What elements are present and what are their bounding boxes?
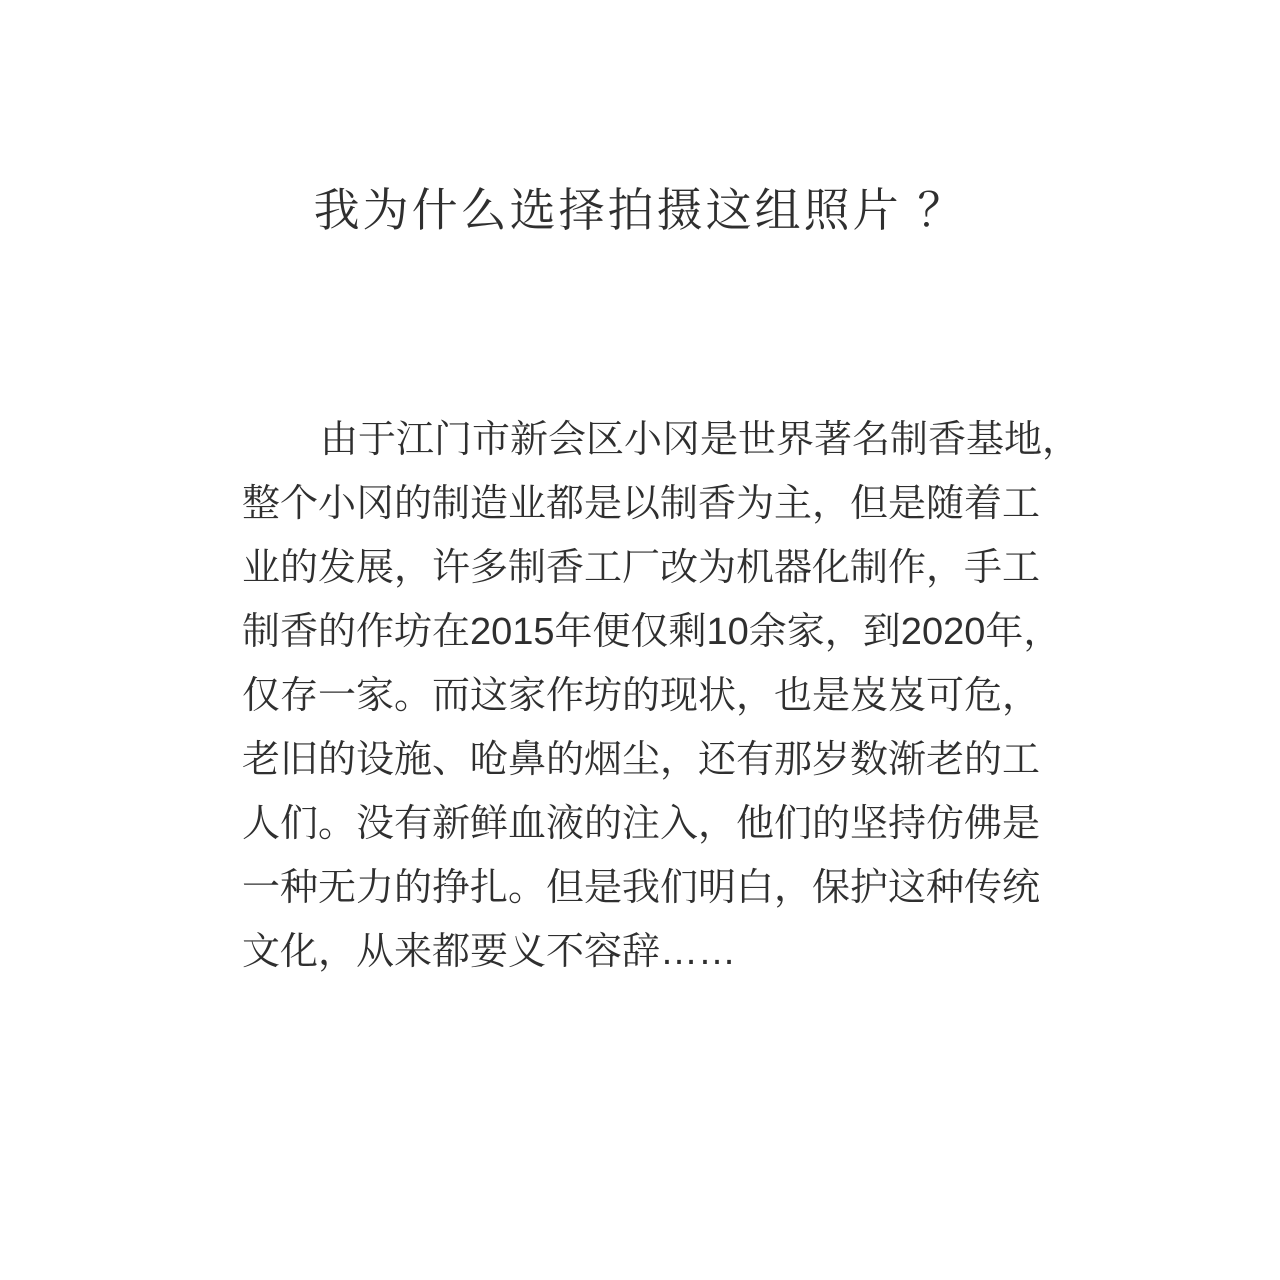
paragraph-line: 制香的作坊在2015年便仅剩10余家，到2020年， (242, 600, 1038, 664)
paragraph-line: 老旧的设施、呛鼻的烟尘，还有那岁数渐老的工 (242, 728, 1038, 792)
paragraph-line: 一种无力的挣扎。但是我们明白，保护这种传统 (242, 856, 1038, 920)
body-paragraph: 由于江门市新会区小冈是世界著名制香基地， 整个小冈的制造业都是以制香为主，但是随… (242, 408, 1038, 984)
paragraph-line: 文化，从来都要义不容辞…… (242, 920, 1038, 984)
paragraph-line: 整个小冈的制造业都是以制香为主，但是随着工 (242, 472, 1038, 536)
paragraph-line: 由于江门市新会区小冈是世界著名制香基地， (242, 408, 1038, 472)
paragraph-line: 仅存一家。而这家作坊的现状，也是岌岌可危， (242, 664, 1038, 728)
paragraph-line: 业的发展，许多制香工厂改为机器化制作，手工 (242, 536, 1038, 600)
page-title: 我为什么选择拍摄这组照片 ？ (0, 0, 1280, 238)
paragraph-line: 人们。没有新鲜血液的注入，他们的坚持仿佛是 (242, 792, 1038, 856)
document-page: 我为什么选择拍摄这组照片 ？ 由于江门市新会区小冈是世界著名制香基地， 整个小冈… (0, 0, 1280, 1280)
